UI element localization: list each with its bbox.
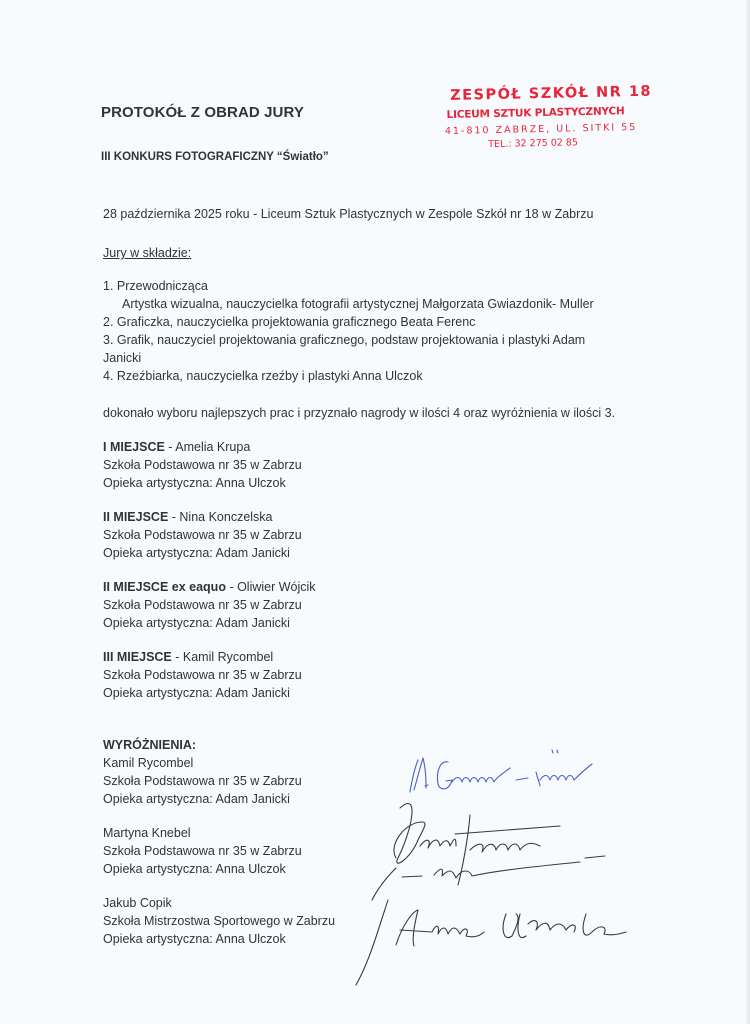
signature-gwiazdonik-muller	[410, 750, 592, 792]
signature-ferenc	[394, 804, 560, 885]
document-page: PROTOKÓŁ Z OBRAD JURY III KONKURS FOTOGR…	[0, 0, 750, 1024]
signature-janicki	[372, 856, 605, 900]
signatures	[0, 0, 750, 1024]
signature-ulczok	[356, 900, 626, 985]
